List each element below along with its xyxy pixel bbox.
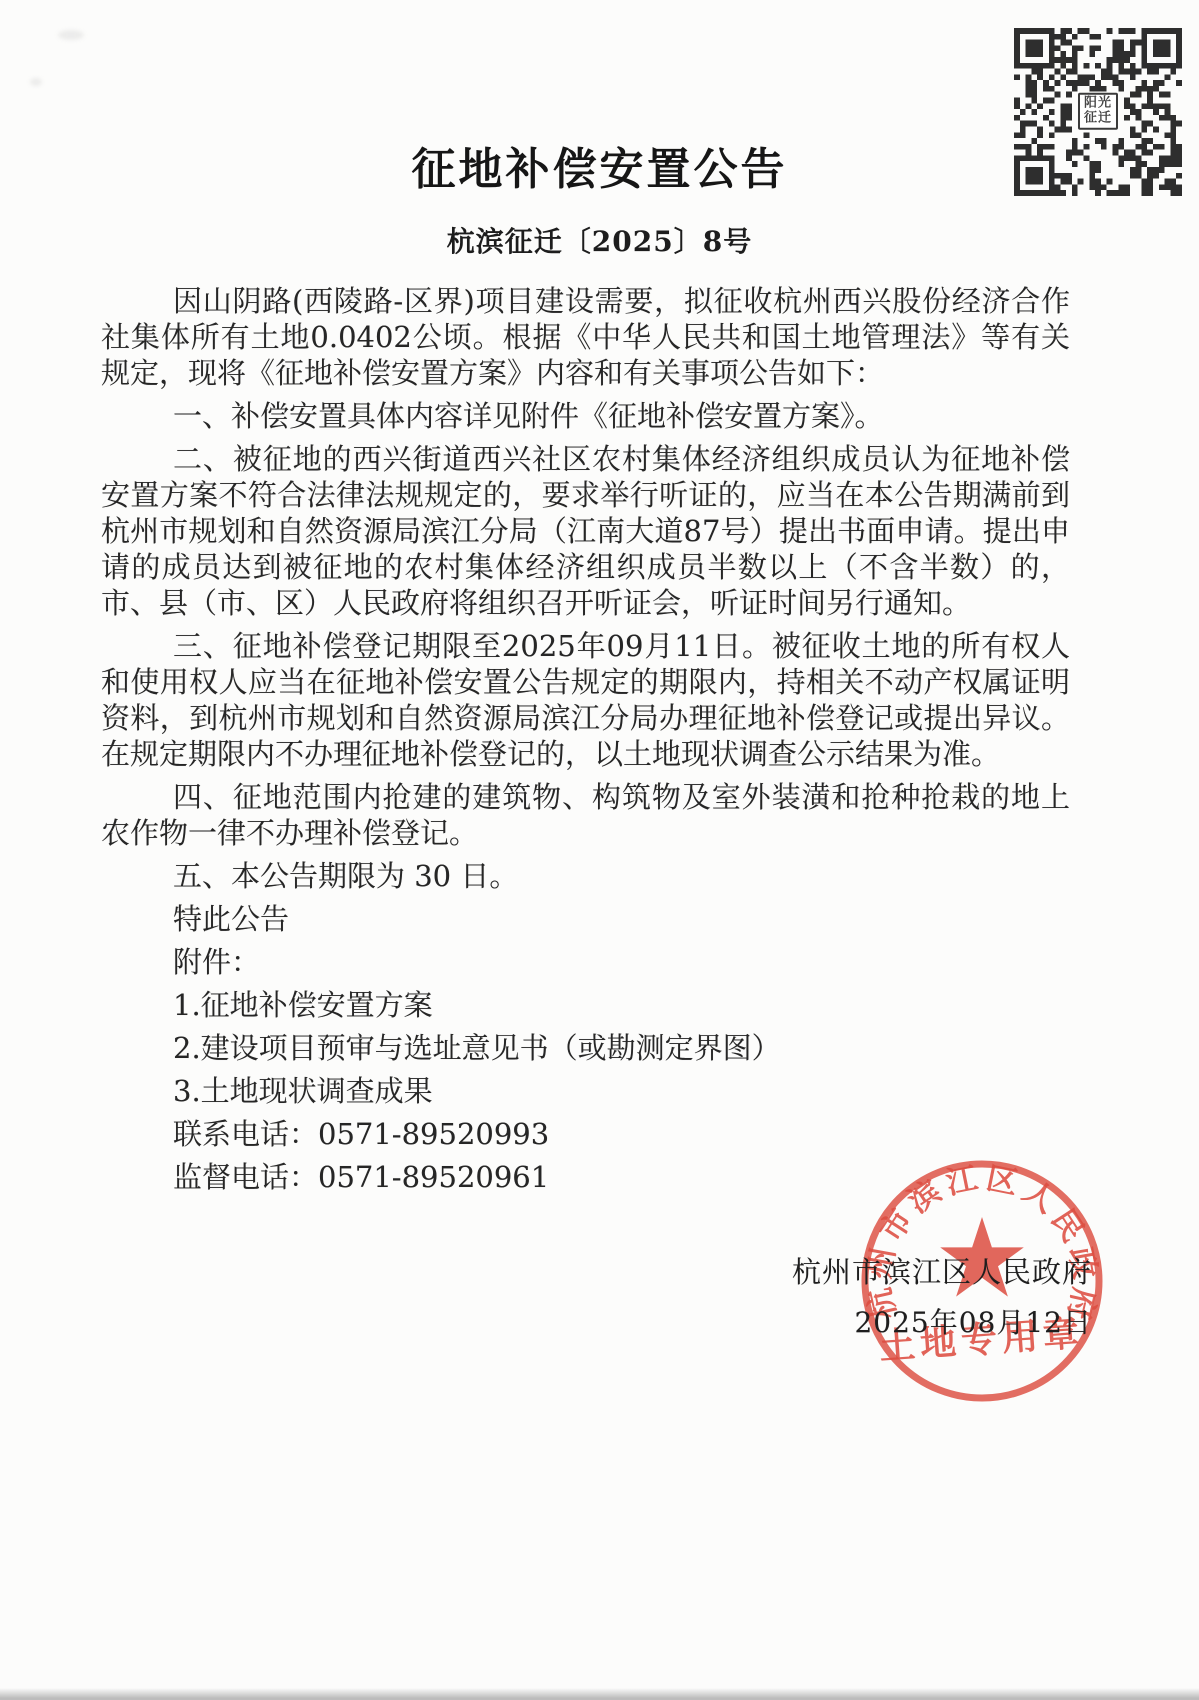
signature-issuer: 杭州市滨江区人民政府 <box>792 1250 1092 1291</box>
paragraph: 三、征地补偿登记期限至2025年09月11日。被征收土地的所有权人和使用权人应当… <box>101 628 1070 772</box>
scan-smudge <box>58 30 84 40</box>
announcement-page: 阳光 征迁 征地补偿安置公告 杭滨征迁〔2025〕8号 因山阴路(西陵路-区界)… <box>0 0 1199 1700</box>
scan-edge-artifact <box>0 1688 1199 1700</box>
paragraph: 因山阴路(西陵路-区界)项目建设需要，拟征收杭州西兴股份经济合作社集体所有土地0… <box>101 283 1070 391</box>
paragraph: 一、补偿安置具体内容详见附件《征地补偿安置方案》。 <box>101 398 1070 434</box>
paragraph: 3.土地现状调查成果 <box>101 1073 1070 1109</box>
paragraph: 二、被征地的西兴街道西兴社区农村集体经济组织成员认为征地补偿安置方案不符合法律法… <box>101 441 1070 621</box>
paragraph: 1.征地补偿安置方案 <box>101 987 1070 1023</box>
document-number: 杭滨征迁〔2025〕8号 <box>0 220 1199 260</box>
paragraph: 五、本公告期限为 30 日。 <box>101 858 1070 894</box>
qr-label-line1: 阳光 <box>1084 97 1112 112</box>
paragraph: 2.建设项目预审与选址意见书（或勘测定界图） <box>101 1030 1070 1066</box>
qr-center-label: 阳光 征迁 <box>1078 93 1118 130</box>
document-body: 因山阴路(西陵路-区界)项目建设需要，拟征收杭州西兴股份经济合作社集体所有土地0… <box>101 283 1070 1202</box>
paragraph: 四、征地范围内抢建的建筑物、构筑物及室外装潢和抢种抢栽的地上农作物一律不办理补偿… <box>101 779 1070 851</box>
document-title: 征地补偿安置公告 <box>0 133 1199 197</box>
qr-label-line2: 征迁 <box>1084 111 1112 126</box>
paragraph: 附件： <box>101 944 1070 980</box>
signature-date: 2025年08月12日 <box>792 1301 1092 1341</box>
paragraph: 特此公告 <box>101 901 1070 937</box>
scan-smudge <box>30 78 42 86</box>
signature-block: 杭州市滨江区人民政府 2025年08月12日 <box>792 1250 1092 1341</box>
